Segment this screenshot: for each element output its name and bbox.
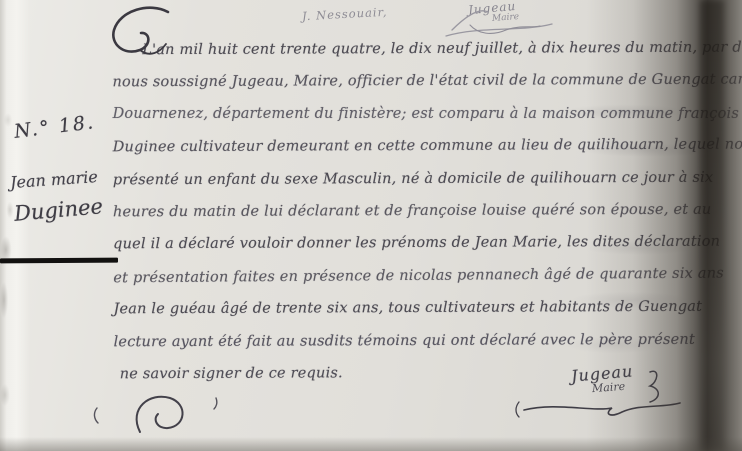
act-line: L'an mil huit cent trente quatre, le dix…	[112, 32, 697, 67]
act-line: nous soussigné Jugeau, Maire, officier d…	[112, 64, 697, 99]
act-line: lecture ayant été fait au susdits témoin…	[113, 323, 698, 358]
act-line: et présentation faites en présence de ni…	[113, 257, 698, 294]
act-line: présenté un enfant du sexe Masculin, né …	[113, 161, 698, 196]
act-line: Duginee cultivateur demeurant en cette c…	[113, 129, 698, 164]
act-body-text: L'an mil huit cent trente quatre, le dix…	[112, 32, 699, 391]
act-line: Jean le guéau âgé de trente six ans, tou…	[113, 291, 698, 326]
mayor-signature-title: Maire	[592, 380, 626, 395]
margin-rule	[0, 258, 118, 264]
top-right-signature-title: Maire	[492, 12, 520, 24]
act-line: Douarnenez, département du finistère; es…	[113, 98, 698, 130]
scanned-register-page: J. Nessouair, Jugeau Maire N.° 18. Jean …	[0, 0, 742, 451]
act-line: heures du matin de lui déclarant et de f…	[113, 194, 698, 229]
act-line: quel il a déclaré vouloir donner les pré…	[113, 226, 698, 261]
